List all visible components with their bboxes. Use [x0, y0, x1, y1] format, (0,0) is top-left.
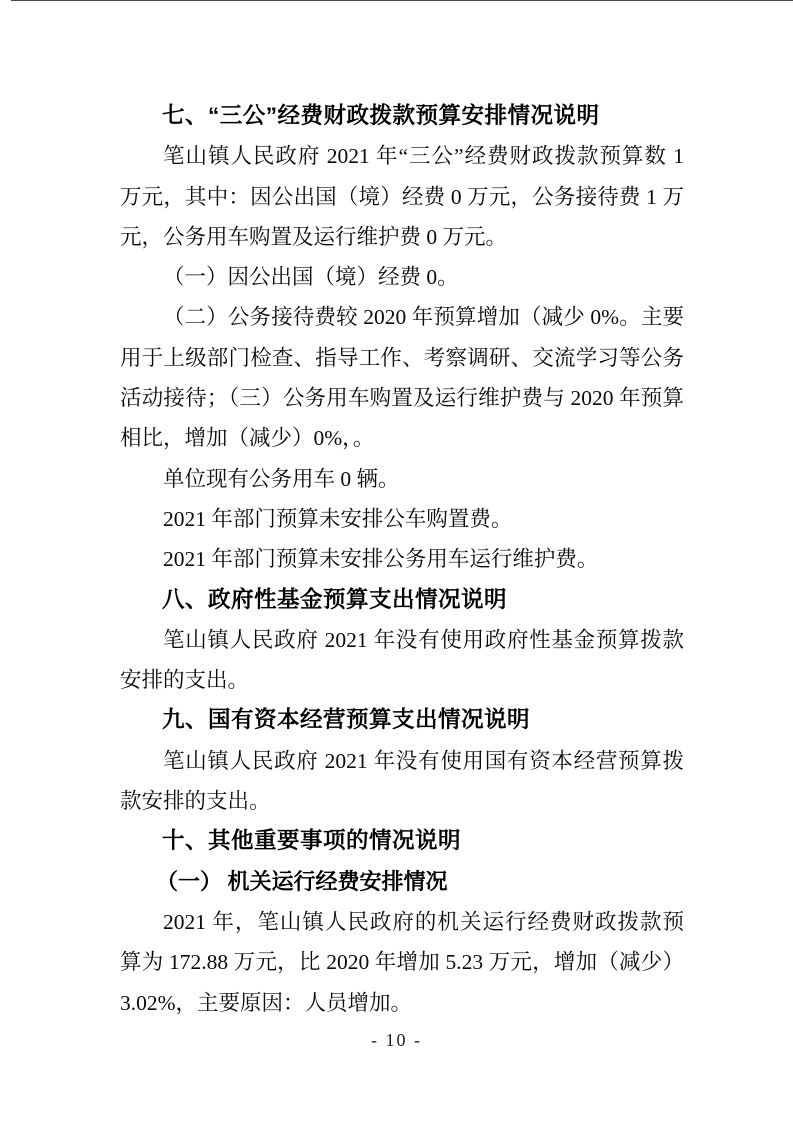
section-heading: 七、“三公”经费财政拨款预算安排情况说明 — [120, 96, 684, 136]
paragraph: 笔山镇人民政府 2021 年“三公”经费财政拨款预算数 1 万元，其中：因公出国… — [120, 136, 684, 257]
paragraph: 2021 年部门预算未安排公车购置费。 — [120, 499, 684, 539]
paragraph: 2021 年，笔山镇人民政府的机关运行经费财政拨款预算为 172.88 万元，比… — [120, 902, 684, 1023]
sub-heading: （一） 机关运行经费安排情况 — [120, 862, 684, 902]
paragraph: （一）因公出国（境）经费 0。 — [120, 257, 684, 297]
page-top-border — [11, 0, 793, 1]
section-heading: 九、国有资本经营预算支出情况说明 — [120, 700, 684, 740]
paragraph: 单位现有公务用车 0 辆。 — [120, 459, 684, 499]
section-heading: 十、其他重要事项的情况说明 — [120, 821, 684, 861]
paragraph: 笔山镇人民政府 2021 年没有使用国有资本经营预算拨款安排的支出。 — [120, 741, 684, 822]
section-heading: 八、政府性基金预算支出情况说明 — [120, 580, 684, 620]
paragraph: 2021 年部门预算未安排公务用车运行维护费。 — [120, 539, 684, 579]
document-body: 七、“三公”经费财政拨款预算安排情况说明笔山镇人民政府 2021 年“三公”经费… — [120, 96, 684, 1023]
document-page: 七、“三公”经费财政拨款预算安排情况说明笔山镇人民政府 2021 年“三公”经费… — [0, 0, 793, 1122]
paragraph: （二）公务接待费较 2020 年预算增加（减少 0%。主要用于上级部门检查、指导… — [120, 297, 684, 458]
paragraph: 笔山镇人民政府 2021 年没有使用政府性基金预算拨款安排的支出。 — [120, 620, 684, 701]
page-number: - 10 - — [0, 1024, 793, 1056]
